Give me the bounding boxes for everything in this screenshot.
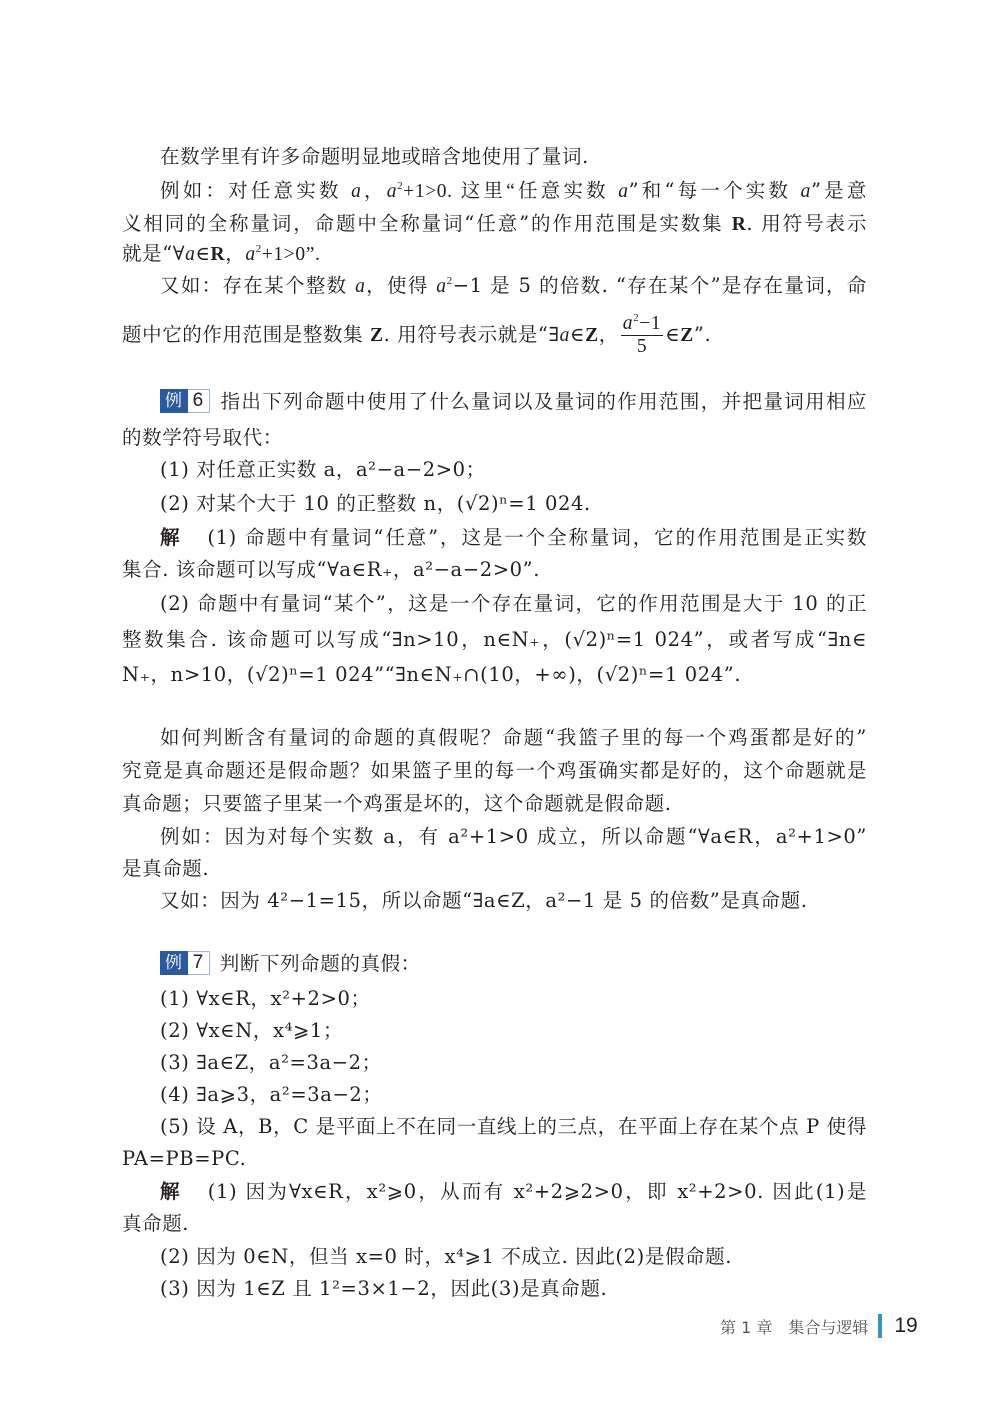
footer-accent-bar — [878, 1314, 882, 1338]
fraction: a2−15 — [621, 313, 663, 358]
example-6-solution-2-line-2: 整数集合. 该命题可以写成“∃n>10，n∈N₊，(√2)ⁿ=1 024”，或者… — [122, 626, 867, 654]
example-6-solution-2-line-1: (2) 命题中有量词“某个”，这是一个存在量词，它的作用范围是大于 10 的正 — [160, 590, 867, 618]
intro-paragraph-2-line-1: 例如：对任意实数 a，a2+1>0. 这里“任意实数 a”和“每一个实数 a”是… — [160, 177, 867, 206]
example-7-solution-2: (2) 因为 0∈N，但当 x=0 时，x⁴⩾1 不成立. 因此(2)是假命题. — [160, 1243, 867, 1271]
example-7-item-3: (3) ∃a∈Z，a²=3a−2； — [160, 1049, 867, 1077]
example-7-item-1: (1) ∀x∈R，x²+2>0； — [160, 985, 867, 1013]
discussion-paragraph-2-line-1: 例如：因为对每个实数 a，有 a²+1>0 成立，所以命题“∀a∈R，a²+1>… — [160, 823, 867, 851]
example-7-item-5-line-2: PA=PB=PC. — [122, 1145, 867, 1173]
example-7-solution-3: (3) 因为 1∈Z 且 1²=3×1−2，因此(3)是真命题. — [160, 1275, 867, 1303]
intro-paragraph-2-line-3: 就是“∀a∈R，a2+1>0”. — [122, 240, 867, 269]
intro-paragraph-1: 在数学里有许多命题明显地或暗含地使用了量词. — [160, 143, 867, 171]
example-7-prompt: 例7判断下列命题的真假： — [160, 950, 867, 978]
discussion-paragraph-1-line-2: 究竟是真命题还是假命题？如果篮子里的每一个鸡蛋确实都是好的，这个命题就是 — [122, 757, 867, 785]
intro-paragraph-3-line-2: 题中它的作用范围是整数集 Z. 用符号表示就是“∃a∈Z，a2−15∈Z”. — [122, 313, 867, 358]
example-7-item-4: (4) ∃a⩾3，a²=3a−2； — [160, 1081, 867, 1109]
intro-paragraph-2-line-2: 义相同的全称量词，命题中全称量词“任意”的作用范围是实数集 R. 用符号表示 — [122, 210, 867, 239]
solution-label: 解 — [160, 526, 181, 549]
example-6-solution-1-line-2: 集合. 该命题可以写成“∀a∈R₊，a²−a−2>0”. — [122, 556, 867, 584]
example-7-solution-1-line-1: 解(1) 因为∀x∈R，x²⩾0，从而有 x²+2⩾2>0，即 x²+2>0. … — [160, 1178, 867, 1206]
example-7-item-2: (2) ∀x∈N，x⁴⩾1； — [160, 1017, 867, 1045]
discussion-paragraph-3: 又如：因为 4²−1=15，所以命题“∃a∈Z，a²−1 是 5 的倍数”是真命… — [160, 887, 867, 915]
example-6-item-2: (2) 对某个大于 10 的正整数 n，(√2)ⁿ=1 024. — [160, 490, 867, 518]
example-6-prompt-line-2: 的数学符号取代： — [122, 424, 867, 452]
example-7-badge: 例7 — [160, 951, 210, 975]
example-6-badge: 例6 — [160, 389, 210, 413]
solution-label: 解 — [160, 1180, 182, 1203]
example-7-item-5-line-1: (5) 设 A，B，C 是平面上不在同一直线上的三点，在平面上存在某个点 P 使… — [160, 1113, 867, 1141]
chapter-title: 第 1 章 集合与逻辑 — [720, 1315, 868, 1338]
example-6-prompt-line-1: 例6指出下列命题中使用了什么量词以及量词的作用范围，并把量词用相应 — [160, 388, 867, 416]
example-6-item-1: (1) 对任意正实数 a，a²−a−2>0； — [160, 456, 867, 484]
intro-paragraph-3-line-1: 又如：存在某个整数 a，使得 a2−1 是 5 的倍数. “存在某个”是存在量词… — [160, 272, 867, 301]
page-number: 19 — [894, 1314, 917, 1338]
discussion-paragraph-1-line-1: 如何判断含有量词的命题的真假呢？命题“我篮子里的每一个鸡蛋都是好的” — [160, 724, 867, 752]
example-6-solution-2-line-3: N₊，n>10，(√2)ⁿ=1 024”“∃n∈N₊∩(10，+∞)，(√2)ⁿ… — [122, 661, 867, 689]
discussion-paragraph-2-line-2: 是真命题. — [122, 855, 867, 883]
example-7-solution-1-line-2: 真命题. — [122, 1210, 867, 1238]
example-6-solution-1-line-1: 解(1) 命题中有量词“任意”，这是一个全称量词，它的作用范围是正实数 — [160, 524, 867, 552]
page-footer: 第 1 章 集合与逻辑 19 — [720, 1314, 918, 1338]
discussion-paragraph-1-line-3: 真命题；只要篮子里某一个鸡蛋是坏的，这个命题就是假命题. — [122, 790, 867, 818]
